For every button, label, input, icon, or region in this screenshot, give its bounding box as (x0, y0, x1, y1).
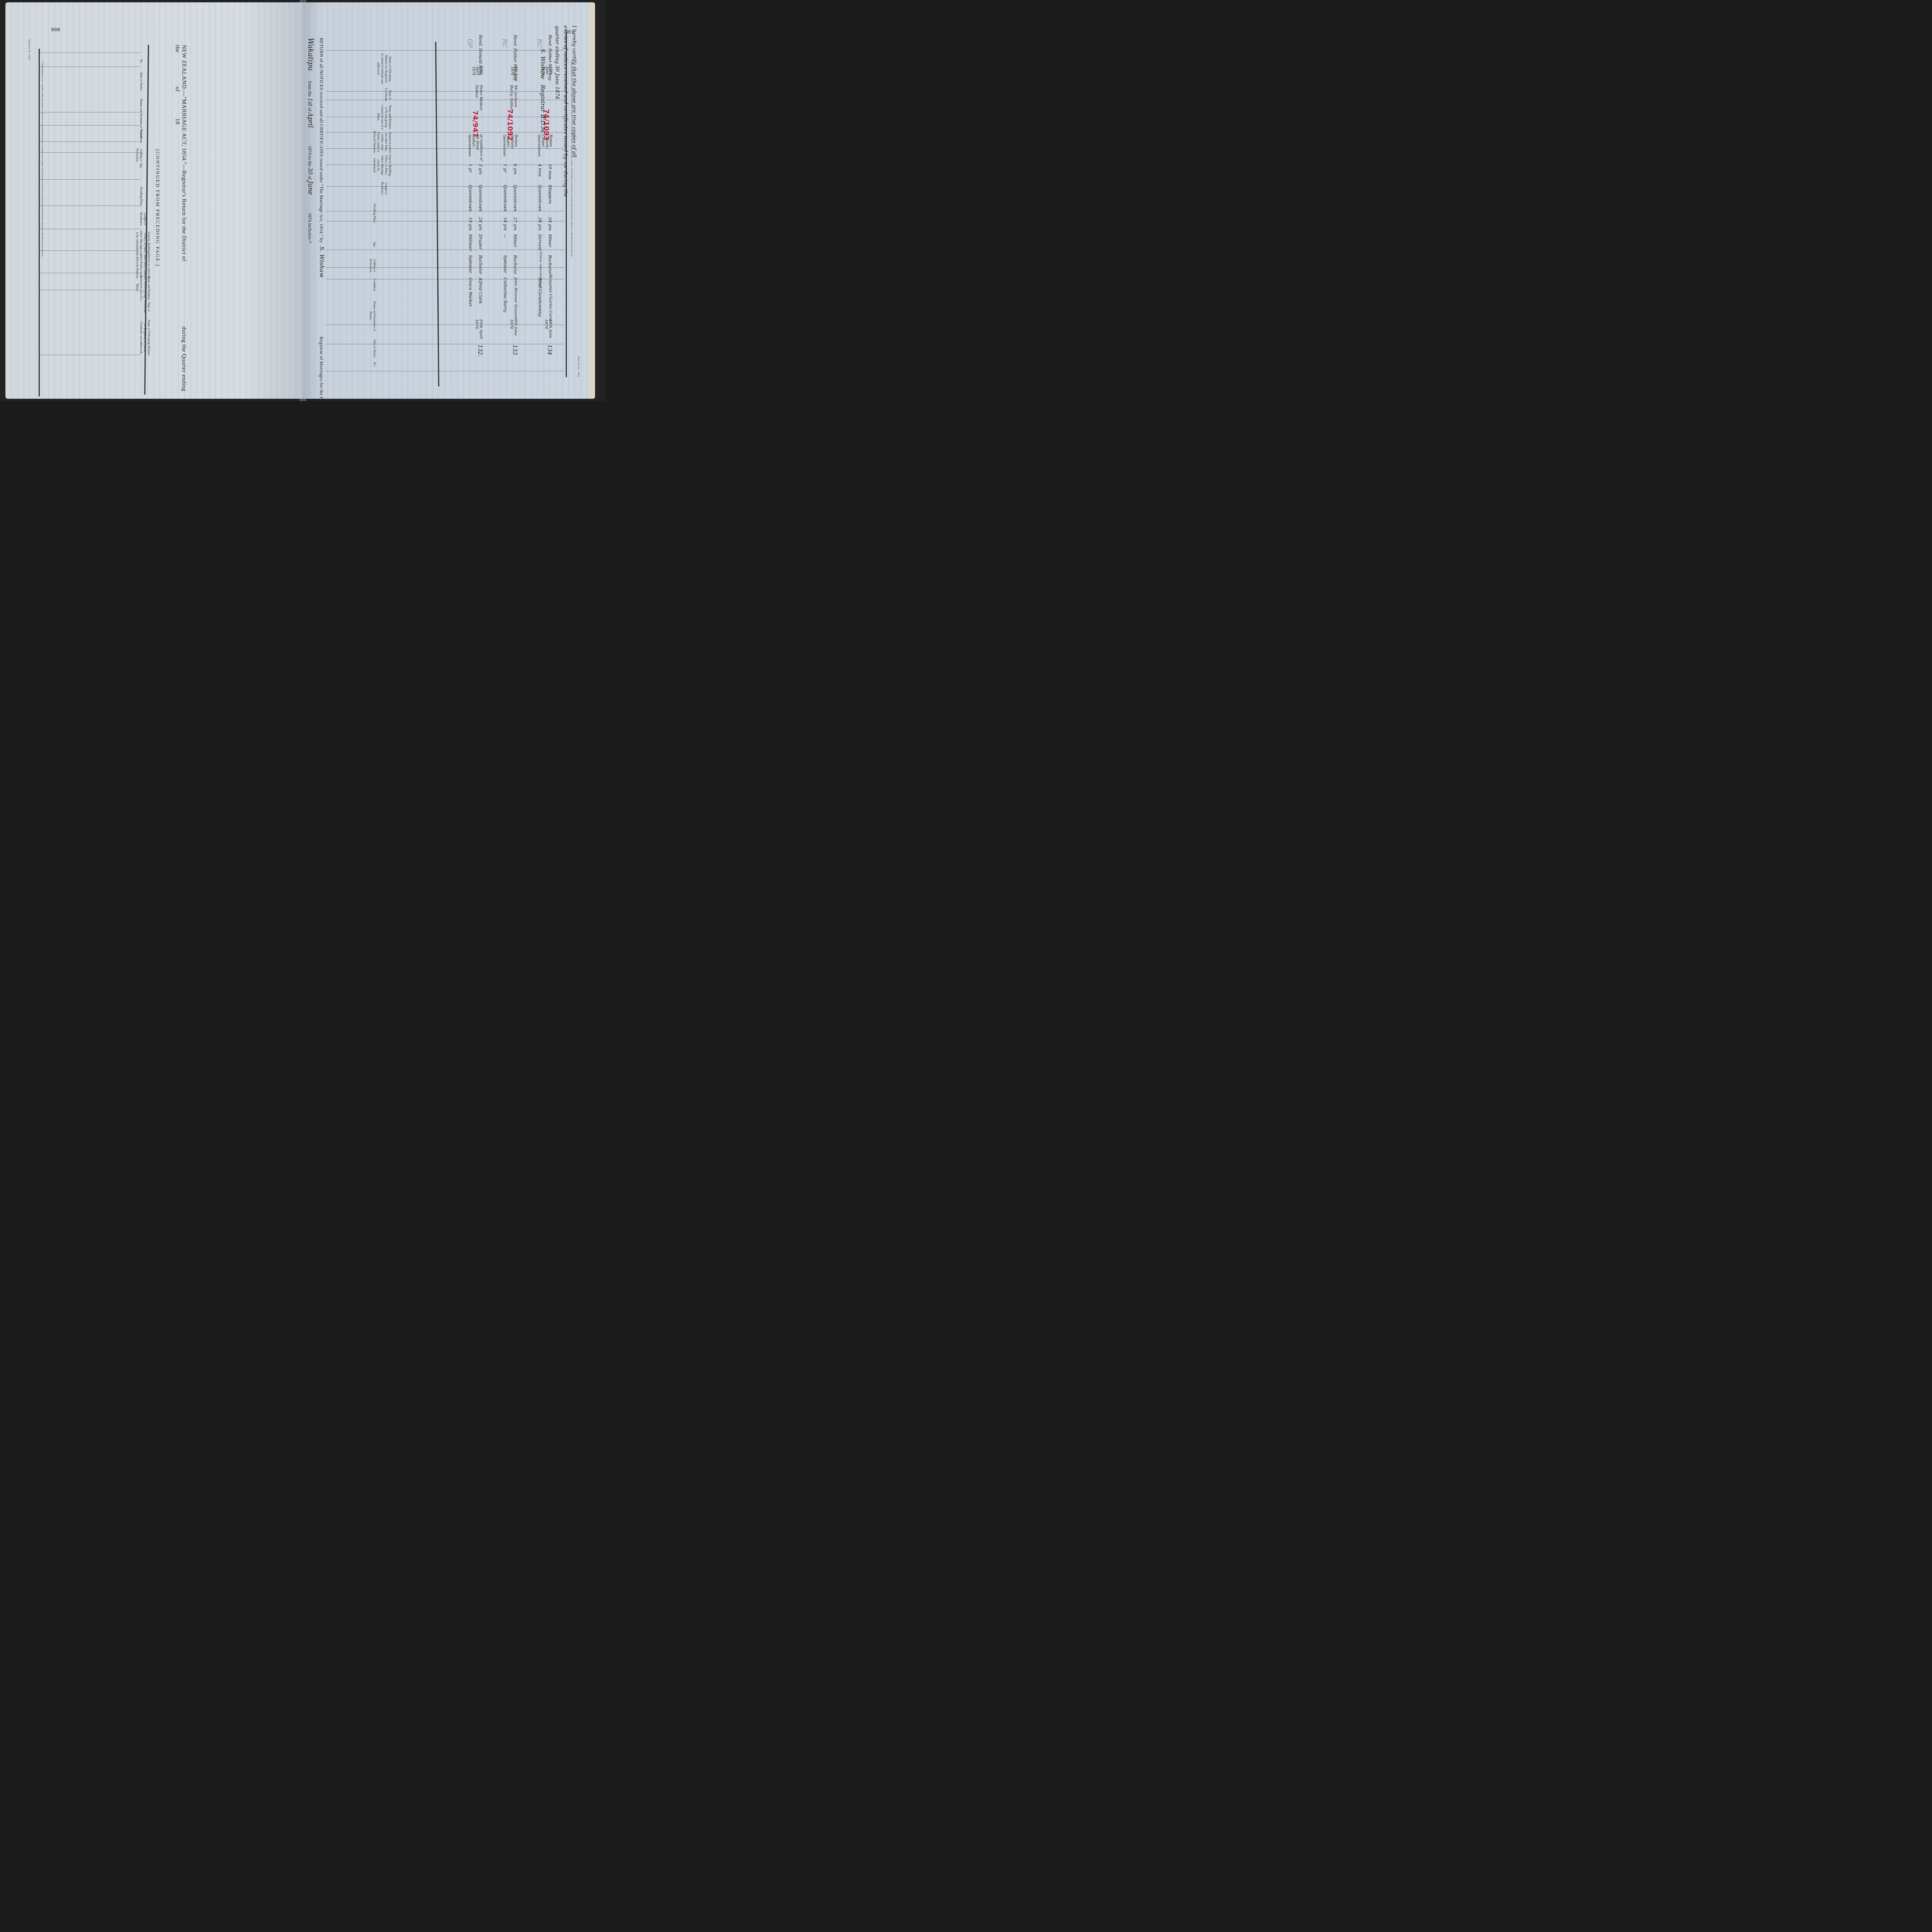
left-title: NEW ZEALAND.—"MARRIAGE ACT, 1854."—Regis… (181, 45, 187, 261)
entry-no: 134 (546, 345, 553, 355)
place: at residence of Mr Peter Walker, Queenst… (468, 134, 483, 162)
consent: Peter Walker, Father (474, 85, 483, 111)
certification-line: entries of notices received and certific… (561, 26, 570, 242)
from-month: April (307, 112, 314, 128)
left-page: 900 NEW ZEALAND.—"MARRIAGE ACT, 1854."—R… (5, 2, 303, 399)
reference-number: 74/947 (471, 111, 479, 137)
minister: Revd. Donald Ross (478, 35, 483, 75)
left-form-mark: Reg Gen 11—332] (28, 39, 31, 86)
right-page: 901 RETURN of all NOTICES received and a… (303, 2, 595, 399)
party-name: Benjamin Charles Curno (548, 274, 553, 323)
col-district: District in which the other Party reside… (372, 131, 392, 154)
certification-line: quarter ending 30 June 1874 (553, 26, 561, 242)
col-condition: Condition. (139, 129, 143, 145)
col-dwelling: Dwelling Place. (139, 183, 143, 210)
col-residence: Length of Residence. (139, 209, 147, 229)
entry-date: 6th June 1874 (509, 319, 518, 341)
district-name: Wakatipu (306, 38, 315, 71)
col-church: Church, Building, Office, or Place, wher… (372, 154, 392, 177)
col-minister: Name of Officiating Minister (or Registr… (376, 53, 392, 84)
register-book: 900 NEW ZEALAND.—"MARRIAGE ACT, 1854."—R… (0, 0, 606, 401)
party-name: John Blenner Hassett (514, 277, 518, 319)
left-footnote: * The Registrar is to "certify under his… (41, 60, 44, 399)
party-name: Grace Walker (468, 277, 473, 307)
entry-no: 133 (512, 345, 518, 355)
col-no: No. (139, 56, 143, 67)
entry-132: 132. 29th April 1874 Alfred Clark Grace … (461, 33, 485, 381)
to-day: 30 (307, 168, 313, 175)
right-form-mark: Reg Gen 11—332] (577, 356, 580, 399)
col-consent: Name and Relation of Person giving conse… (376, 104, 392, 131)
reference-number: 74/1092 (506, 109, 514, 141)
continued-note: (CONTINUED FROM PRECEDING PAGE.) (155, 149, 161, 381)
entry-133: 133 6th June 1874 John Blenner Hassett C… (496, 33, 519, 381)
registrar-title: Registrar B.D.M. (539, 85, 546, 134)
col-no: No. (372, 359, 376, 370)
col-consent: Name and Relation of Person giving conse… (135, 274, 151, 301)
registrar-name: S. Wishaw (318, 247, 325, 278)
minister: Revd. Father Mackay (513, 35, 518, 81)
col-condition: Condition. (372, 277, 376, 293)
col-date-notice: Date of Notice. (139, 70, 143, 94)
col-age: Age. (139, 160, 143, 172)
to-year: 1874 (307, 213, 313, 222)
col-residence: Length of Residence. (380, 181, 388, 196)
to-month: June (307, 181, 314, 195)
right-page-header: RETURN of all NOTICES received and all C… (306, 38, 325, 386)
col-names: Names and Surnames of Parties. (369, 297, 376, 335)
consent: Mr Jackson Barry, Father (509, 85, 518, 111)
party-name: Alfred Clark (478, 277, 483, 304)
annotation: RC (501, 39, 509, 48)
from-year: 1874 (307, 146, 313, 155)
left-page-header: NEW ZEALAND.—"MARRIAGE ACT, 1854."—Regis… (174, 45, 187, 393)
annotation: OP (466, 39, 474, 48)
page-edges (590, 2, 595, 399)
col-date-notice: Date of Notice. (372, 339, 376, 359)
col-minister: Name of Officiating Minister (or Registr… (139, 318, 151, 357)
left-page-number: 900 (51, 27, 60, 33)
col-age: Age. (372, 239, 376, 250)
col-cert-date: Date of Certificate. (384, 88, 392, 102)
entry-date: 29th April 1874 (474, 319, 483, 341)
party-name: Catherine Barry (503, 277, 508, 312)
registrar-signature: S. Wishaw (539, 49, 546, 79)
from-day: 1st (307, 98, 313, 106)
col-cert-date: Date of Certificate. (143, 299, 151, 315)
right-footnote: * The Registrar is to "certify under his… (570, 60, 573, 399)
left-table-border (39, 49, 40, 396)
entry-no: 132. (477, 345, 483, 357)
col-calling: Calling or Profession. (369, 254, 376, 277)
ruled-lines (5, 2, 303, 399)
col-dwelling: Dwelling Place. (372, 200, 376, 227)
